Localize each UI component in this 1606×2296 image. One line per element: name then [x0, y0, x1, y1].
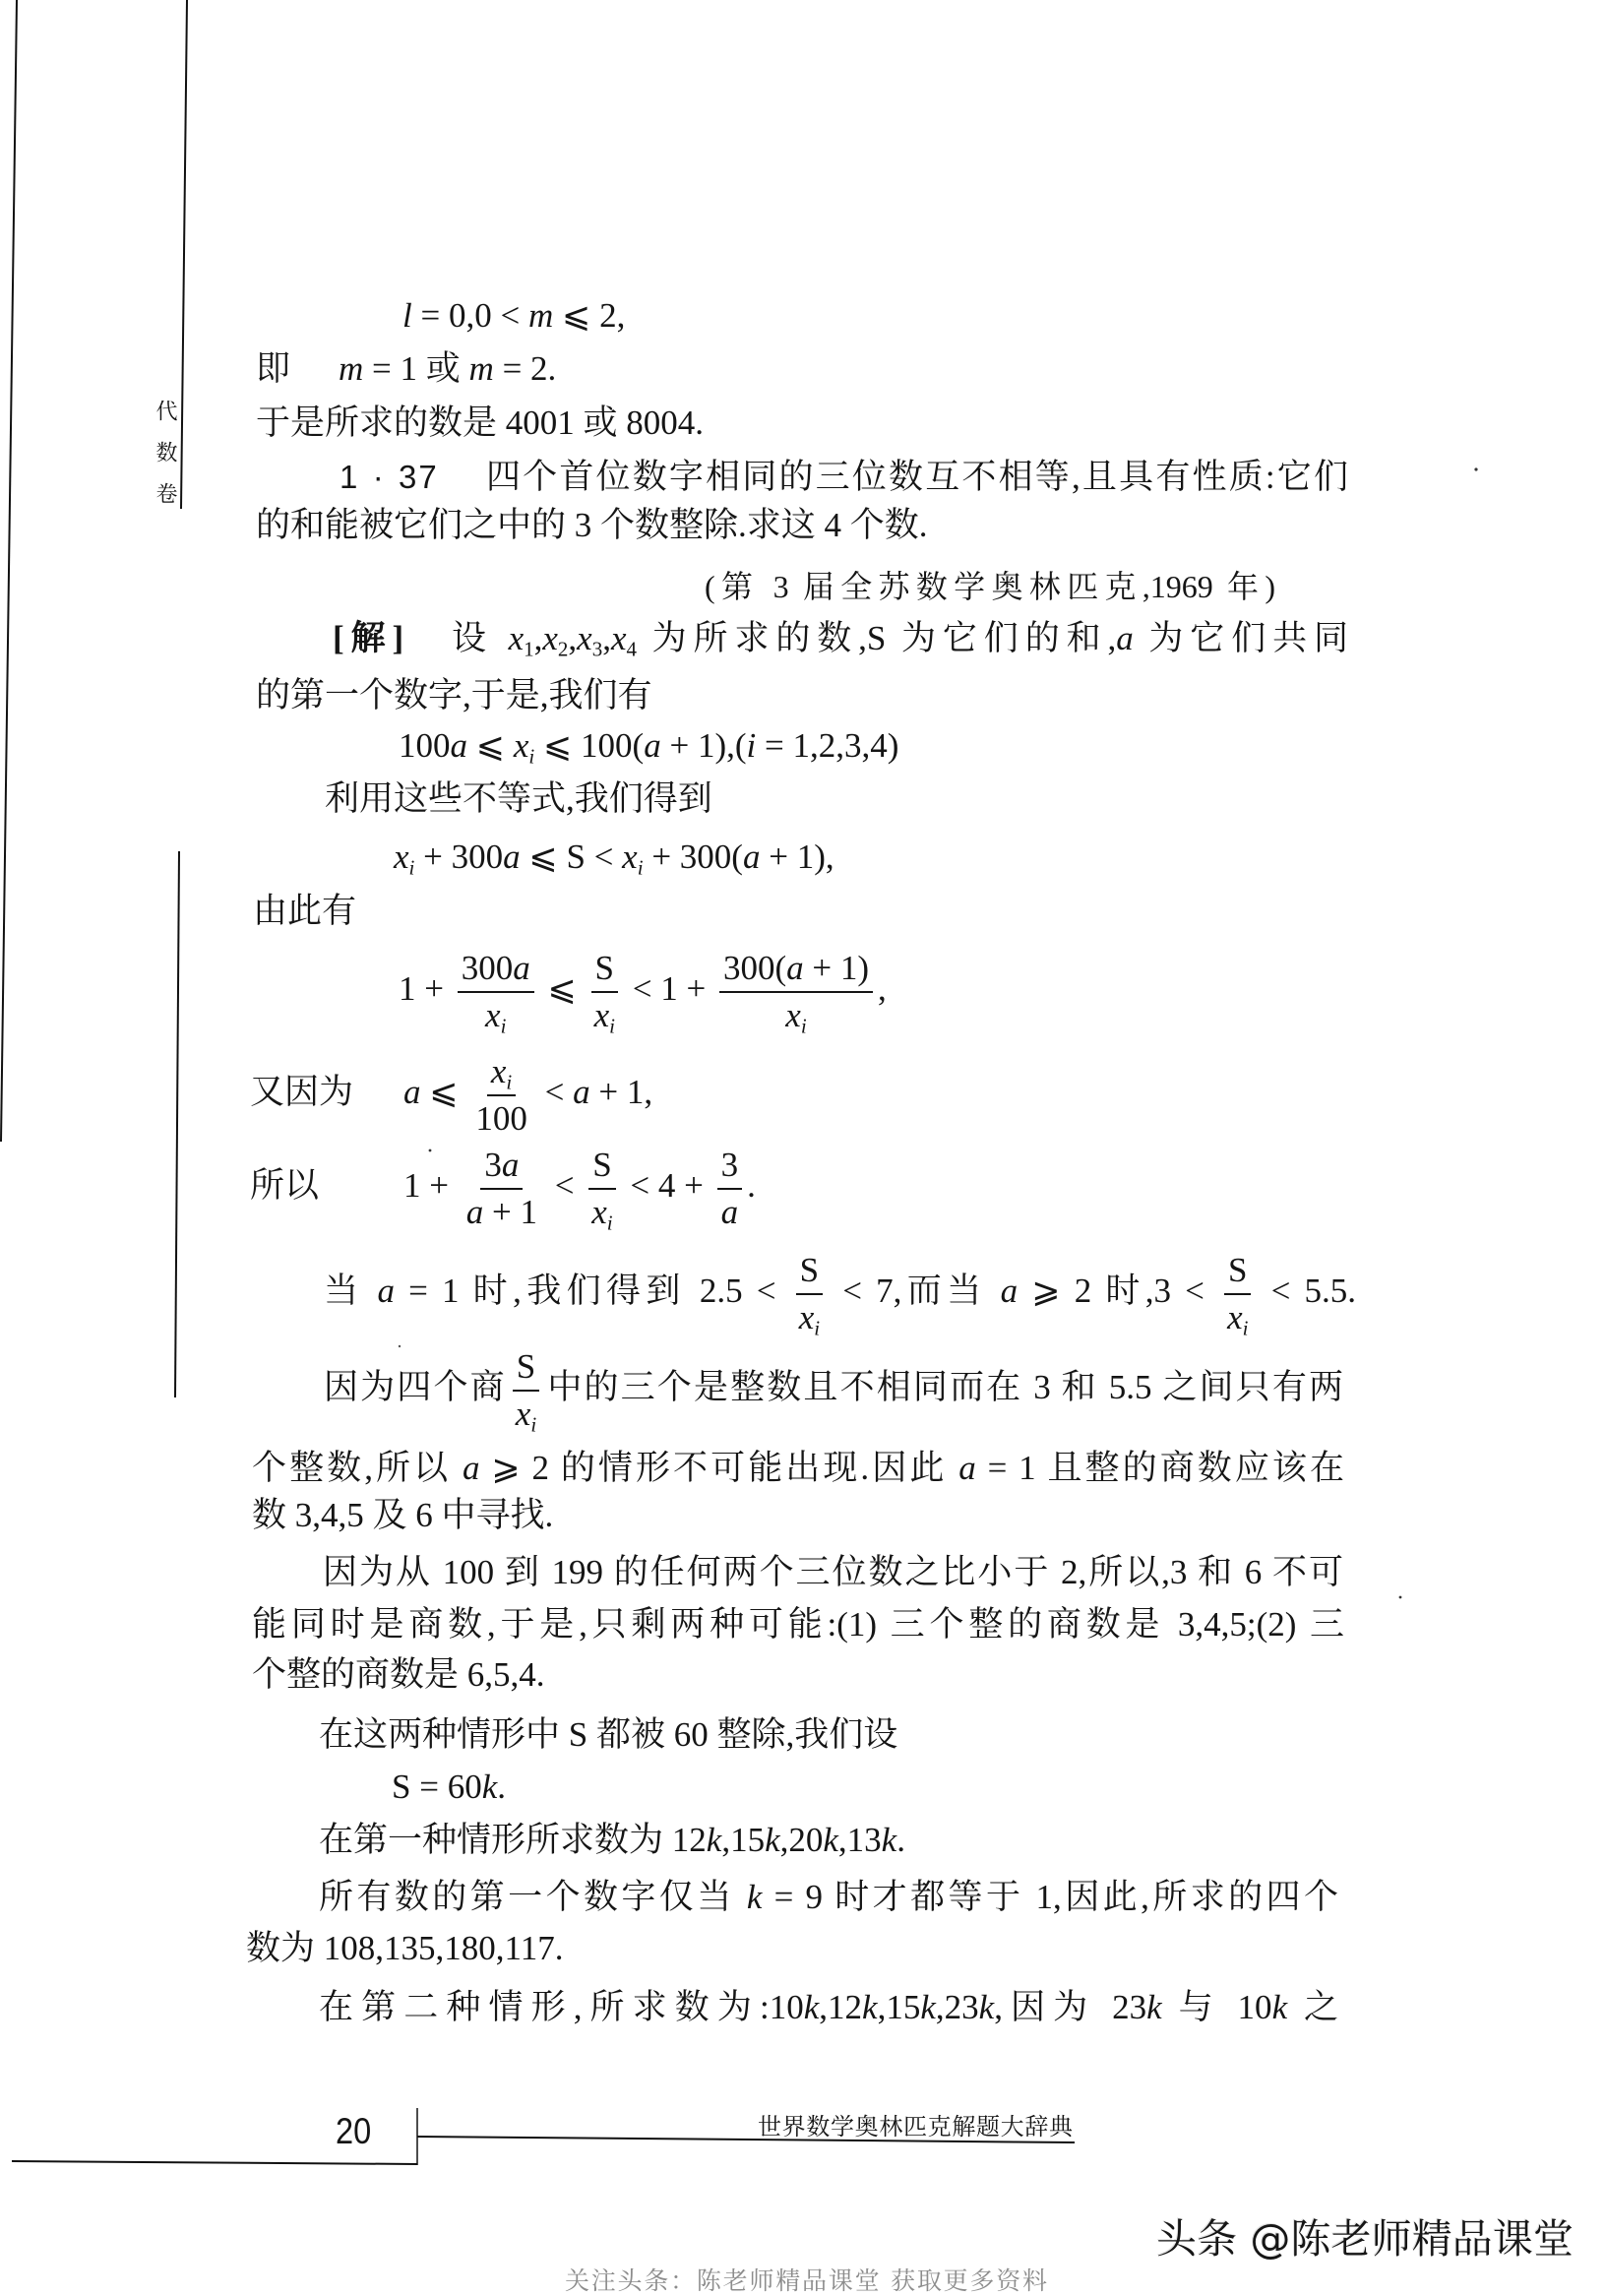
fraction-numerator: S [591, 949, 618, 993]
scan-speck [1399, 1596, 1402, 1599]
fraction-numerator: xi [487, 1052, 516, 1096]
math-variable: a [513, 949, 530, 987]
math-variable: a [463, 1449, 480, 1487]
formula-line: m = 1 或 m = 2. [339, 347, 556, 391]
math-subscript: i [638, 855, 644, 879]
math-subscript: i [607, 1210, 613, 1234]
math-variable: k [979, 1988, 995, 2026]
math-variable: x [591, 1193, 607, 1231]
math-variable: a [743, 838, 761, 876]
math-variable: k [482, 1768, 498, 1806]
math-variable: m [469, 349, 494, 388]
math-variable: k [804, 1988, 820, 2026]
fraction-denominator: xi [1223, 1295, 1252, 1337]
math-fraction: 3a [717, 1146, 743, 1233]
fraction-numerator: S [588, 1146, 615, 1190]
text-line: 在这两种情形中 S 都被 60 整除,我们设 [319, 1713, 897, 1757]
math-variable: k [920, 1988, 936, 2026]
math-variable: m [528, 296, 553, 335]
scan-speck [1474, 467, 1477, 470]
math-subscript: i [530, 1412, 536, 1436]
text-line: 因为从 100 到 199 的任何两个三位数之比小于 2,所以,3 和 6 不可 [323, 1551, 1343, 1594]
text-line: 当 a = 1 时,我们得到 2.5 < Sxi < 7,而当 a ⩾ 2 时,… [324, 1244, 1356, 1338]
math-subscript: i [501, 1014, 507, 1037]
fraction-numerator: 3a [480, 1146, 523, 1190]
math-variable: a [1116, 619, 1134, 657]
math-variable: k [882, 1821, 897, 1859]
math-fraction: Sxi [587, 1146, 616, 1233]
text-line: 利用这些不等式,我们得到 [325, 777, 712, 821]
scanned-book-page: 代数卷 l = 0,0 < m ⩽ 2, 即 m = 1 或 m = 2. 于是… [0, 0, 1606, 2296]
fraction-denominator: xi [781, 993, 810, 1035]
math-variable: k [765, 1821, 780, 1859]
math-variable: x [491, 1052, 507, 1090]
math-fraction: 300axi [458, 949, 534, 1036]
math-fraction: Sxi [590, 949, 619, 1036]
text-line: 数 3,4,5 及 6 中寻找. [252, 1494, 553, 1537]
math-variable: a [721, 1193, 739, 1231]
math-variable: x [394, 838, 409, 876]
formula-label: 所以 [250, 1139, 319, 1233]
math-variable: k [1272, 1988, 1288, 2026]
formula-line: l = 0,0 < m ⩽ 2, [402, 294, 625, 338]
math-variable: x [509, 619, 525, 657]
margin-rule-upper [181, 0, 187, 509]
formula-line: 100a ⩽ xi ⩽ 100(a + 1),(i = 1,2,3,4) [399, 724, 898, 768]
fraction-numerator: 3 [717, 1146, 743, 1190]
text-line: 由此有 [253, 890, 356, 933]
math-subscript: i [1243, 1316, 1249, 1339]
fraction-denominator: xi [590, 993, 619, 1035]
math-subscript: 3 [592, 637, 603, 660]
math-variable: a [786, 949, 804, 987]
math-variable: a [958, 1449, 976, 1487]
fraction-denominator: xi [587, 1190, 616, 1232]
fraction-numerator: 300a [458, 949, 534, 993]
math-variable: m [339, 349, 363, 388]
math-variable: x [611, 619, 627, 657]
math-variable: a [502, 1146, 520, 1184]
problem-statement-line: 1 · 37四个首位数字相同的三位数互不相等,且具有性质:它们 [340, 456, 1348, 499]
problem-number: 1 · 37 [340, 459, 439, 495]
formula-line: xi + 300a ⩽ S < xi + 300(a + 1), [394, 836, 834, 879]
math-fraction: Sxi [795, 1251, 824, 1338]
text-line: 个整数,所以 a ⩾ 2 的情形不可能出现.因此 a = 1 且整的商数应该在 [252, 1447, 1344, 1490]
math-variable: a [573, 1073, 590, 1111]
formula-label: 又因为 [250, 1045, 353, 1140]
math-variable: a [466, 1193, 484, 1231]
fraction-numerator: S [796, 1251, 823, 1295]
text-line: 能同时是商数,于是,只剩两种可能:(1) 三个整的商数是 3,4,5;(2) 三 [252, 1603, 1344, 1646]
math-variable: i [747, 726, 757, 765]
math-variable: x [485, 996, 501, 1034]
formula-line: S = 60k. [392, 1766, 506, 1809]
math-subscript: i [528, 744, 534, 768]
fraction-denominator: xi [795, 1295, 824, 1337]
footer-rule-left [12, 2161, 417, 2164]
math-variable: a [503, 838, 521, 876]
math-variable: a [644, 726, 661, 765]
fraction-formula-line: 1 + 3aa + 1 < Sxi < 4 + 3a. [403, 1139, 756, 1233]
fraction-denominator: a [717, 1190, 743, 1232]
solution-text: 设 x1,x2,x3,x4 为所求的数,S 为它们的和,a 为它们共同 [445, 619, 1348, 657]
math-variable: l [402, 296, 412, 335]
text-line: 的第一个数字,于是,我们有 [256, 674, 652, 717]
solution-tag: [解] [333, 619, 403, 657]
fraction-denominator: 100 [471, 1096, 531, 1139]
text-line: 因为四个商Sxi中的三个是整数且不相同而在 3 和 5.5 之间只有两 [324, 1340, 1343, 1435]
text-line: 在第一种情形所求数为 12k,15k,20k,13k. [319, 1819, 905, 1862]
fraction-denominator: a + 1 [463, 1190, 541, 1232]
math-variable: a [1001, 1272, 1019, 1310]
math-variable: x [514, 726, 529, 765]
fraction-numerator: S [1224, 1251, 1251, 1295]
page-edge-line [1, 0, 17, 1142]
math-variable: k [747, 1878, 763, 1916]
text-line: 在第二种情形,所求数为:10k,12k,15k,23k,因为 23k 与 10k… [319, 1986, 1338, 2029]
text-line: 数为 108,135,180,117. [246, 1927, 563, 1970]
problem-text: 四个首位数字相同的三位数互不相等,且具有性质:它们 [484, 458, 1348, 496]
problem-statement-line: 的和能被它们之中的 3 个数整除.求这 4 个数. [256, 504, 928, 547]
watermark-follow-note: 关注头条：陈老师精品课堂 获取更多资料 [565, 2266, 1047, 2296]
fraction-denominator: xi [481, 993, 510, 1035]
solution-line: [解]设 x1,x2,x3,x4 为所求的数,S 为它们的和,a 为它们共同 [333, 617, 1348, 660]
math-variable: k [862, 1988, 878, 2026]
math-subscript: 1 [524, 637, 534, 660]
math-variable: x [542, 619, 558, 657]
math-variable: x [799, 1298, 815, 1336]
math-subscript: i [801, 1014, 807, 1037]
text-line: 于是所求的数是 4001 或 8004. [256, 402, 704, 445]
math-fraction: 3aa + 1 [463, 1146, 541, 1233]
math-variable: k [1146, 1988, 1162, 2026]
text-line: 个整的商数是 6,5,4. [252, 1653, 545, 1697]
math-variable: x [622, 838, 638, 876]
math-fraction: Sxi [512, 1347, 540, 1435]
math-fraction: xi100 [471, 1052, 531, 1140]
formula-label: 即 [256, 347, 290, 391]
page-rules [0, 0, 1606, 2296]
math-fraction: Sxi [1223, 1251, 1252, 1338]
fraction-numerator: S [513, 1347, 539, 1392]
math-variable: x [516, 1395, 531, 1433]
math-subscript: i [409, 855, 415, 879]
text-line: 所有数的第一个数字仅当 k = 9 时才都等于 1,因此,所求的四个 [319, 1876, 1338, 1919]
math-variable: x [594, 996, 610, 1034]
math-variable: x [1227, 1298, 1243, 1336]
math-variable: x [785, 996, 801, 1034]
math-variable: a [451, 726, 468, 765]
page-number: 20 [336, 2111, 371, 2152]
math-variable: x [577, 619, 592, 657]
math-variable: a [403, 1073, 421, 1111]
fraction-denominator: xi [512, 1392, 540, 1434]
fraction-numerator: 300(a + 1) [719, 949, 873, 993]
math-variable: k [707, 1821, 722, 1859]
fraction-formula-line: a ⩽ xi100 < a + 1, [403, 1045, 652, 1140]
math-subscript: i [506, 1070, 512, 1093]
margin-rule-lower [175, 851, 179, 1397]
math-subscript: 4 [627, 637, 638, 660]
watermark-handle: 头条 @陈老师精品课堂 [1156, 2215, 1574, 2263]
source-citation: (第 3 届全苏数学奥林匹克,1969 年) [705, 565, 1275, 608]
running-title: 世界数学奥林匹克解题大辞典 [758, 2114, 1073, 2141]
math-subscript: 2 [558, 637, 569, 660]
fraction-formula-line: 1 + 300axi ⩽ Sxi < 1 + 300(a + 1)xi, [399, 942, 887, 1036]
math-variable: k [823, 1821, 838, 1859]
math-variable: a [378, 1272, 396, 1310]
math-fraction: 300(a + 1)xi [719, 949, 873, 1036]
math-subscript: i [609, 1014, 615, 1037]
volume-side-label: 代数卷 [154, 400, 176, 524]
math-subscript: i [814, 1316, 820, 1339]
